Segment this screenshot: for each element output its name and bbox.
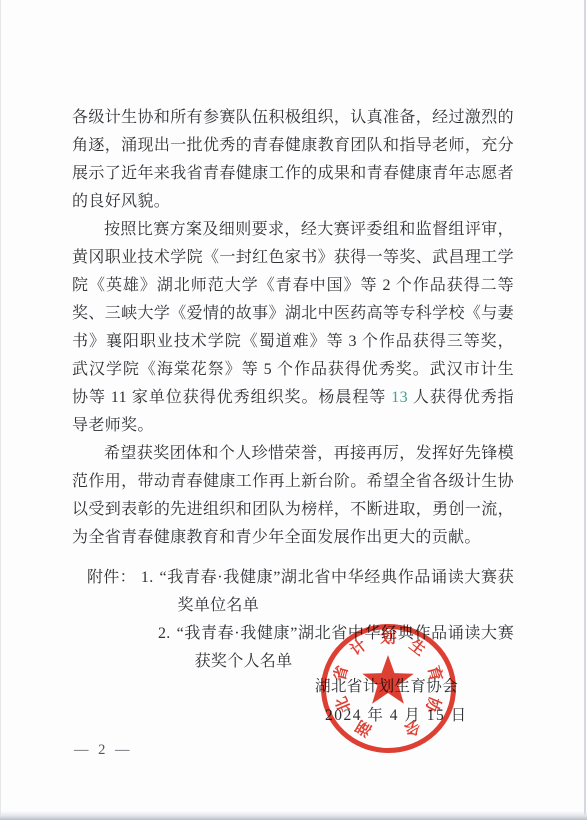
page-right-edge bbox=[584, 0, 586, 820]
signature-date: 2024 年 4 月 15 日 bbox=[325, 703, 468, 725]
page-bottom-edge bbox=[0, 811, 587, 820]
signature-organization: 湖北省计划生育协会 bbox=[315, 674, 458, 696]
attachment-text: “我青春·我健康”湖北省中华经典作品诵读大赛获奖个人名单 bbox=[177, 620, 514, 676]
paragraph: 希望获奖团体和个人珍惜荣誉，再接再厉，发挥好先锋模范作用，带动青春健康工作再上新… bbox=[72, 440, 514, 552]
attachment-item: 附件： 1. “我青春·我健康”湖北省中华经典作品诵读大赛获奖单位名单 bbox=[87, 564, 514, 620]
attachment-text: “我青春·我健康”湖北省中华经典作品诵读大赛获奖单位名单 bbox=[160, 564, 514, 620]
document-content: 各级计生协和所有参赛队伍积极组织，认真准备，经过激烈的角逐，涌现出一批优秀的青春… bbox=[72, 104, 514, 676]
paragraph: 按照比赛方案及细则要求，经大赛评委组和监督组评审，黄冈职业技术学院《一封红色家书… bbox=[72, 216, 514, 440]
attachment-number: 1. bbox=[141, 564, 154, 592]
attachment-number: 2. bbox=[158, 620, 171, 648]
attachments-section: 附件： 1. “我青春·我健康”湖北省中华经典作品诵读大赛获奖单位名单 2. “… bbox=[87, 564, 514, 676]
document-body: 各级计生协和所有参赛队伍积极组织，认真准备，经过激烈的角逐，涌现出一批优秀的青春… bbox=[72, 104, 514, 552]
scanned-document-page: 各级计生协和所有参赛队伍积极组织，认真准备，经过激烈的角逐，涌现出一批优秀的青春… bbox=[0, 0, 587, 820]
paragraph: 各级计生协和所有参赛队伍积极组织，认真准备，经过激烈的角逐，涌现出一批优秀的青春… bbox=[72, 104, 514, 216]
page-number: — 2 — bbox=[74, 742, 133, 759]
attachments-label: 附件： bbox=[87, 564, 136, 592]
page-left-edge bbox=[0, 0, 1, 820]
attachment-item: 2. “我青春·我健康”湖北省中华经典作品诵读大赛获奖个人名单 bbox=[153, 620, 514, 676]
